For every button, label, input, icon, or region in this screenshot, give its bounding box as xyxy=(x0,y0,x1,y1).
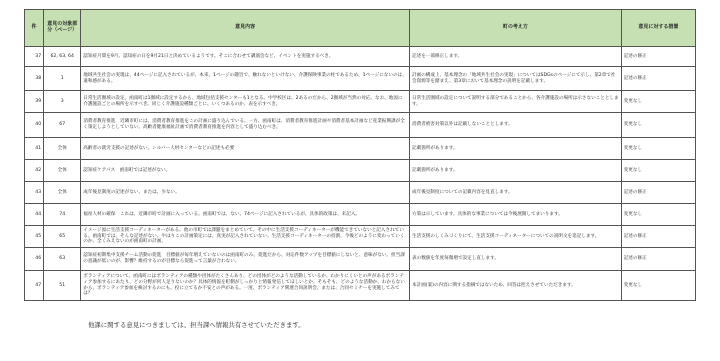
row-target-page: 全体 xyxy=(44,160,81,182)
row-town-view: 記載箇所があります。 xyxy=(410,138,622,160)
row-number: 42 xyxy=(25,160,44,182)
table-header-row: 件 意見の対象部分（ページ） 意見内容 町の考え方 意見に対する措置 xyxy=(25,10,696,47)
row-town-view: 生活支援のしくみづくりにて、生活支援コーディネーターについての説明文を追記します… xyxy=(410,226,622,248)
row-number: 43 xyxy=(25,182,44,204)
row-target-page: 51 xyxy=(44,271,81,301)
row-target-page: 全体 xyxy=(44,182,81,204)
opinions-table: 件 意見の対象部分（ページ） 意見内容 町の考え方 意見に対する措置 3762,… xyxy=(24,9,696,301)
row-target-page: 全体 xyxy=(44,138,81,160)
header-action: 意見に対する措置 xyxy=(621,10,695,47)
row-town-view: 成年後見制度についての記載内容を見直します。 xyxy=(410,182,622,204)
row-opinion-content: 消費者教育推進 近隣市町には、消費者教育推進をこの計画に盛り込んでいる。一方、函… xyxy=(81,113,410,138)
header-town-view: 町の考え方 xyxy=(410,10,622,47)
row-action: 記述の修正 xyxy=(621,47,695,67)
row-town-view: 本計画(案)の内容に関する指摘ではないため、回答は控えさせていただきます。 xyxy=(410,271,622,301)
row-opinion-content: 認知症ケアパス 函南町では記述がない。 xyxy=(81,160,410,182)
row-target-page: 3 xyxy=(44,91,81,113)
row-opinion-content: 認知症月間を9月、認知症の日を9月21日と決めているようです。そこに合わせて講演… xyxy=(81,47,410,67)
table-row: 381地域共生社会の実現は、44ページに記入されているが、本来、1ページの趣旨で… xyxy=(25,67,696,91)
row-opinion-content: 地域共生社会の実現は、44ページに記入されているが、本来、1ページの趣旨で、触れ… xyxy=(81,67,410,91)
row-action: 変更なし xyxy=(621,204,695,226)
row-number: 47 xyxy=(25,271,44,301)
table-row: 43全体成年後見制度の記述がない、または、少ない。成年後見制度についての記載内容… xyxy=(25,182,696,204)
row-town-view: 表の数値を年度毎微増で設定し直します。 xyxy=(410,248,622,271)
row-town-view: 方策は示しています。具体的な事業については今後展開してまいります。 xyxy=(410,204,622,226)
row-number: 38 xyxy=(25,67,44,91)
row-town-view: 記載箇所があります。 xyxy=(410,160,622,182)
row-target-page: 1 xyxy=(44,67,81,91)
header-opinion-content: 意見内容 xyxy=(81,10,410,47)
row-number: 41 xyxy=(25,138,44,160)
row-number: 45 xyxy=(25,226,44,248)
row-town-view: 消費者被害対策以外は記載しないこととします。 xyxy=(410,113,622,138)
row-opinion-content: 成年後見制度の記述がない、または、少ない。 xyxy=(81,182,410,204)
row-town-view: 記述を一部修正します。 xyxy=(410,47,622,67)
row-action: 記述の修正 xyxy=(621,248,695,271)
row-target-page: 63 xyxy=(44,248,81,271)
row-action: 変更なし xyxy=(621,138,695,160)
row-opinion-content: イメージ図に生活支援コーディネーターがある。他の市町では課題をまとめていて、その… xyxy=(81,226,410,248)
row-action: 記述の修正 xyxy=(621,182,695,204)
row-opinion-content: 認知症初期集中支援チーム活動の促進 目標値が毎年増えていないのは函南町のみ。促進… xyxy=(81,248,410,271)
row-number: 44 xyxy=(25,204,44,226)
table-row: 3762, 63, 64認知症月間を9月、認知症の日を9月21日と決めているよう… xyxy=(25,47,696,67)
row-target-page: 65 xyxy=(44,226,81,248)
table-row: 42全体認知症ケアパス 函南町では記述がない。記載箇所があります。変更なし xyxy=(25,160,696,182)
table-row: 4067消費者教育推進 近隣市町には、消費者教育推進をこの計画に盛り込んでいる。… xyxy=(25,113,696,138)
row-town-view: 計画の構成上、基本理念の「地域共生社会の実現」についてはSDGsのページにて示し… xyxy=(410,67,622,91)
footer-note: 他課に関する意見につきましては、担当課へ情報共有させていただきます。 xyxy=(88,320,305,329)
row-opinion-content: 日常生活圏域の設定。函南町は1圏域に設定するから、地域包括支援センターも1となる… xyxy=(81,91,410,113)
row-action: 変更なし xyxy=(621,113,695,138)
table-row: 4751ボランティアについて。函南町にはボランティアの種類や団体がたくさんあり、… xyxy=(25,271,696,301)
header-target-page: 意見の対象部分（ページ） xyxy=(44,10,81,47)
table-row: 41全体高齢者の就労支援の記述がない。シルバー人材センターなどの記述も必要記載箇… xyxy=(25,138,696,160)
row-number: 46 xyxy=(25,248,44,271)
row-action: 変更なし xyxy=(621,91,695,113)
row-opinion-content: 高齢者の就労支援の記述がない。シルバー人材センターなどの記述も必要 xyxy=(81,138,410,160)
row-action: 変更なし xyxy=(621,160,695,182)
row-number: 40 xyxy=(25,113,44,138)
row-action: 記述の修正 xyxy=(621,226,695,248)
row-action: 変更なし xyxy=(621,271,695,301)
row-town-view: 日常生活圏域の設定について説明する部分であることから、各介護施設の場所は示さない… xyxy=(410,91,622,113)
row-number: 37 xyxy=(25,47,44,67)
row-target-page: 62, 63, 64 xyxy=(44,47,81,67)
row-opinion-content: 福祉人材の確保 これは、近隣市町で計画に入っている。函南町では、ない。74ページ… xyxy=(81,204,410,226)
table-row: 4663認知症初期集中支援チーム活動の促進 目標値が毎年増えていないのは函南町の… xyxy=(25,248,696,271)
table-row: 4474福祉人材の確保 これは、近隣市町で計画に入っている。函南町では、ない。7… xyxy=(25,204,696,226)
row-number: 39 xyxy=(25,91,44,113)
row-opinion-content: ボランティアについて。函南町にはボランティアの種類や団体がたくさんあり、どの団体… xyxy=(81,271,410,301)
header-number: 件 xyxy=(25,10,44,47)
row-target-page: 67 xyxy=(44,113,81,138)
row-target-page: 74 xyxy=(44,204,81,226)
table-row: 393日常生活圏域の設定。函南町は1圏域に設定するから、地域包括支援センターも1… xyxy=(25,91,696,113)
row-action: 記述の修正 xyxy=(621,67,695,91)
table-row: 4565イメージ図に生活支援コーディネーターがある。他の市町では課題をまとめてい… xyxy=(25,226,696,248)
